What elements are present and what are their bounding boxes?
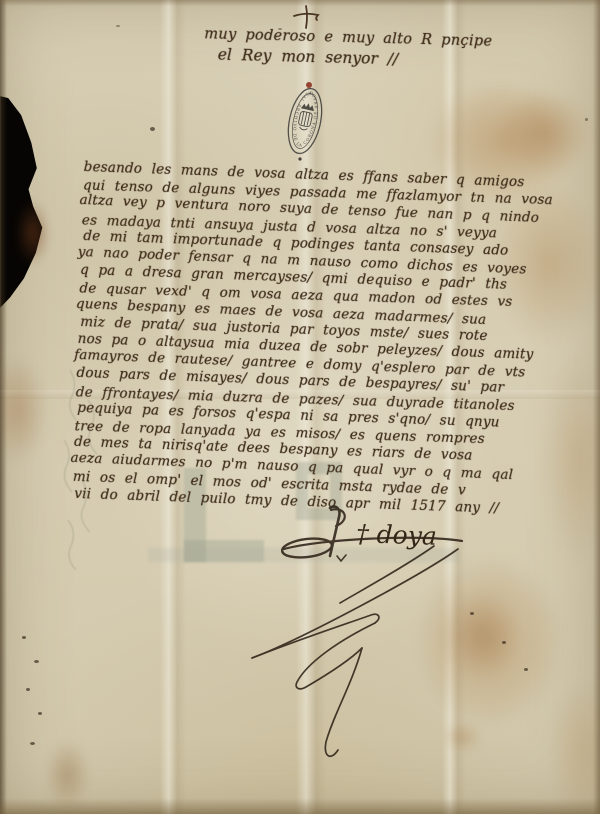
header-salutation: muy poderoso e muy alto R pnçipe el Rey … [204,26,493,71]
page-edge [593,0,600,814]
ink-speck [116,25,120,27]
water-stain [497,90,592,175]
ink-speck [38,712,42,715]
ink-speck [26,688,30,691]
edge-stain [16,200,50,266]
page-edge [0,0,7,814]
signature-stem [330,507,339,556]
archive-seal-stamp: REAL ARCHIVO DE LA CORONA DE ARAGON [266,76,344,168]
ink-speck [524,668,528,671]
rubric-flourish [252,546,458,756]
ink-speck [278,28,282,30]
manuscript-scan: muy poderoso e muy alto R pnçipe el Rey … [0,0,600,814]
ink-speck [150,127,155,131]
ink-speck [585,118,588,121]
cross-mark [288,2,324,32]
signature-text: † doya [356,519,437,551]
letter-body: besando les mans de vosa altza es ffans … [72,159,554,519]
ink-speck [22,636,26,639]
ink-speck [30,742,35,745]
ink-speck [34,660,39,663]
ink-speck [470,612,474,615]
seal-red-dot [306,82,312,88]
seal-bottom-dot [298,157,301,160]
ink-speck [502,641,506,644]
signature-and-flourish: † doya [150,500,570,814]
signature-flick [337,555,346,561]
